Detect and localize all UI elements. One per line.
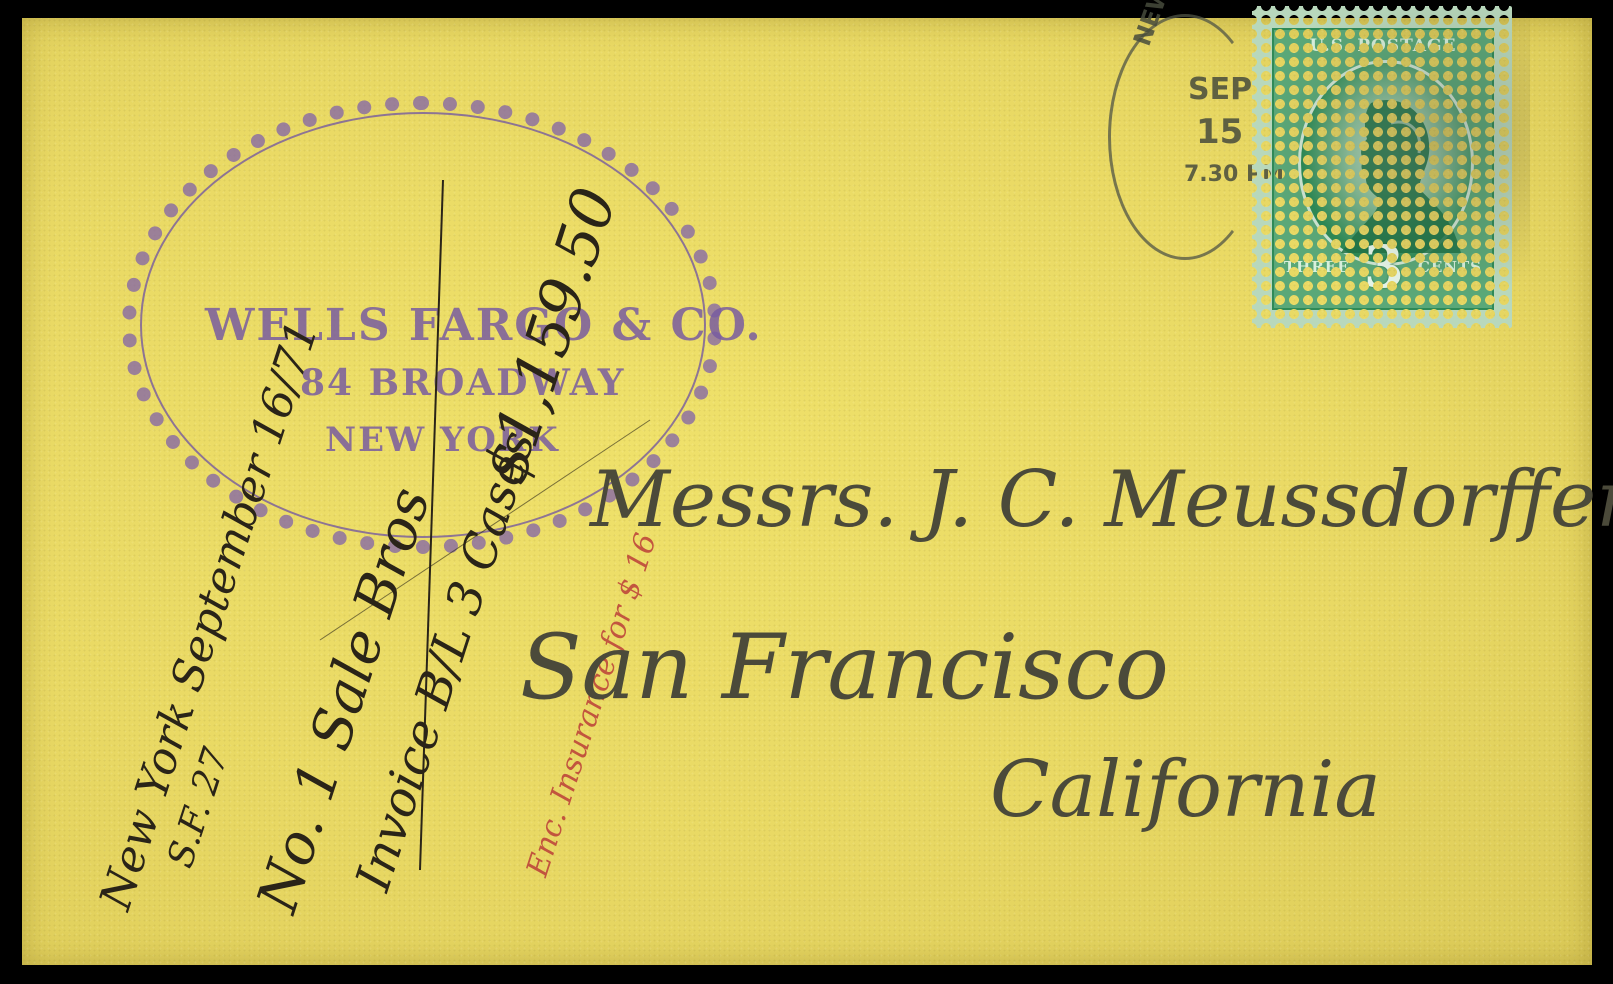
stamp-denomination: 3 <box>1364 238 1404 296</box>
stamp-right-word: CENTS <box>1418 258 1482 276</box>
postmark-day: 15 <box>1196 112 1243 152</box>
address-line-1: Messrs. J. C. Meussdorffer & Bro <box>590 455 1613 545</box>
postage-stamp: U.S. POSTAGE THREE 3 CENTS <box>1252 6 1512 328</box>
address-line-2: San Francisco <box>520 615 1169 720</box>
stamp-top-text: U.S. POSTAGE <box>1274 36 1492 56</box>
address-line-3: California <box>990 745 1381 835</box>
stamp-left-word: THREE <box>1284 258 1350 276</box>
postmark-month: SEP <box>1188 72 1252 107</box>
stamp-frame: U.S. POSTAGE THREE 3 CENTS <box>1272 28 1494 310</box>
stamp-value-band: THREE 3 CENTS <box>1274 238 1492 296</box>
